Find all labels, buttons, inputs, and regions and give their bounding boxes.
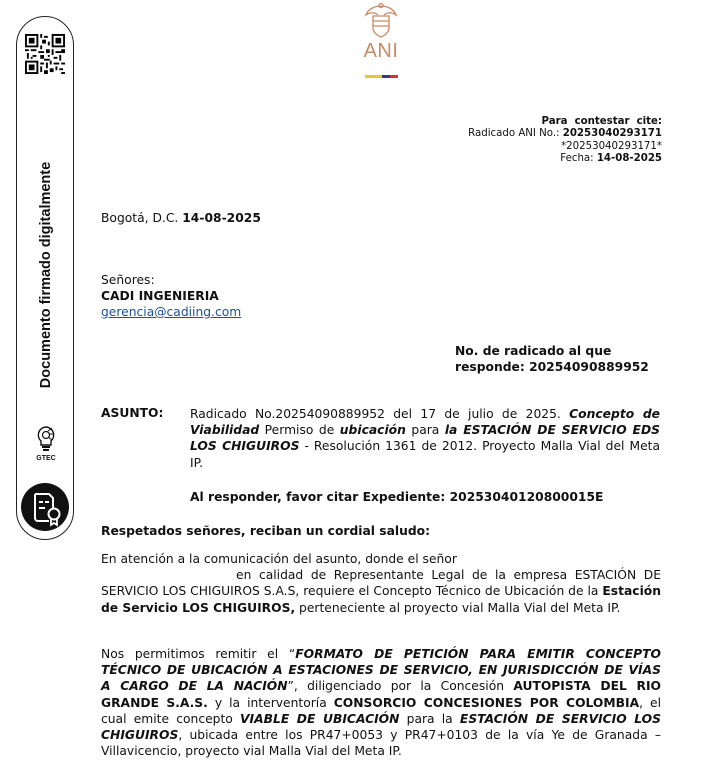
paragraph-text: perteneciente al proyecto vial Malla Via…	[295, 601, 620, 615]
paragraph-2: Nos permitimos remitir el “FORMATO DE PE…	[101, 646, 661, 759]
qr-code-icon[interactable]	[25, 33, 65, 75]
radicado-value: 20253040293171	[563, 128, 662, 139]
paragraph-1: En atención a la comunicación del asunto…	[101, 551, 661, 616]
responde-value: responde: 20254090889952	[455, 359, 649, 375]
flag-stripe	[365, 75, 398, 78]
asunto-body: Radicado No.20254090889952 del 17 de jul…	[190, 406, 660, 471]
signature-label: Documento firmado digitalmente	[38, 162, 54, 388]
asunto-text: para	[406, 423, 445, 437]
asunto-emphasis: ubicación	[340, 423, 406, 437]
fecha-label: Fecha:	[560, 153, 597, 164]
letter-date: 14-08-2025	[182, 211, 261, 225]
asunto-text: Permiso de	[259, 423, 340, 437]
responde-label: No. de radicado al que	[455, 343, 649, 359]
signed-certificate-icon	[21, 483, 69, 531]
paragraph-1-line1: En atención a la comunicación del asunto…	[101, 551, 661, 567]
greeting: Respetados señores, reciban un cordial s…	[101, 523, 430, 539]
recipient-block: Señores: CADI INGENIERIA gerencia@cadiin…	[101, 272, 241, 320]
cite-title: Para contestar cite:	[468, 116, 662, 128]
paragraph-1-body: en calidad de Representante Legal de la …	[101, 567, 661, 616]
paragraph-text: para la	[399, 712, 459, 726]
cite-block: Para contestar cite: Radicado ANI No.: 2…	[468, 116, 662, 165]
logo-text: ANI	[355, 40, 407, 63]
fecha-value: 14-08-2025	[597, 153, 662, 164]
paragraph-text: y la interventoría	[208, 696, 334, 710]
radicado-label: Radicado ANI No.:	[468, 128, 563, 139]
asunto-text: Radicado No.20254090889952 del 17 de jul…	[190, 407, 569, 421]
coat-of-arms-icon	[355, 2, 407, 42]
place-date: Bogotá, D.C. 14-08-2025	[101, 210, 261, 226]
radicado-line: Radicado ANI No.: 20253040293171	[468, 128, 662, 140]
paragraph-text: , ubicada entre los PR47+0053 y PR47+010…	[101, 728, 661, 758]
ani-logo: ANI	[355, 2, 407, 82]
radicado-barcode-text: *20253040293171*	[468, 141, 662, 153]
place: Bogotá, D.C.	[101, 211, 182, 225]
asunto-label: ASUNTO:	[101, 406, 163, 420]
paragraph-text: Nos permitimos remitir el “	[101, 647, 295, 661]
fecha-line: Fecha: 14-08-2025	[468, 153, 662, 165]
salutation-to: Señores:	[101, 272, 241, 288]
paragraph-emphasis: CONSORCIO CONCESIONES POR COLOMBIA	[334, 696, 639, 710]
recipient-name: CADI INGENIERIA	[101, 288, 241, 304]
expediente-line: Al responder, favor citar Expediente: 20…	[190, 489, 603, 505]
gtec-label: GTEC	[31, 455, 61, 462]
paragraph-text: en calidad de Representante Legal de la …	[101, 568, 661, 598]
paragraph-text: ”, diligenciado por la Concesión	[288, 679, 514, 693]
digital-signature-strip: Documento firmado digitalmente GTEC	[16, 16, 74, 540]
responde-block: No. de radicado al que responde: 2025409…	[455, 343, 649, 375]
paragraph-emphasis: VIABLE DE UBICACIÓN	[240, 712, 399, 726]
lightbulb-icon	[35, 425, 57, 453]
gtec-logo: GTEC	[31, 425, 61, 465]
recipient-email-link[interactable]: gerencia@cadiing.com	[101, 304, 241, 320]
